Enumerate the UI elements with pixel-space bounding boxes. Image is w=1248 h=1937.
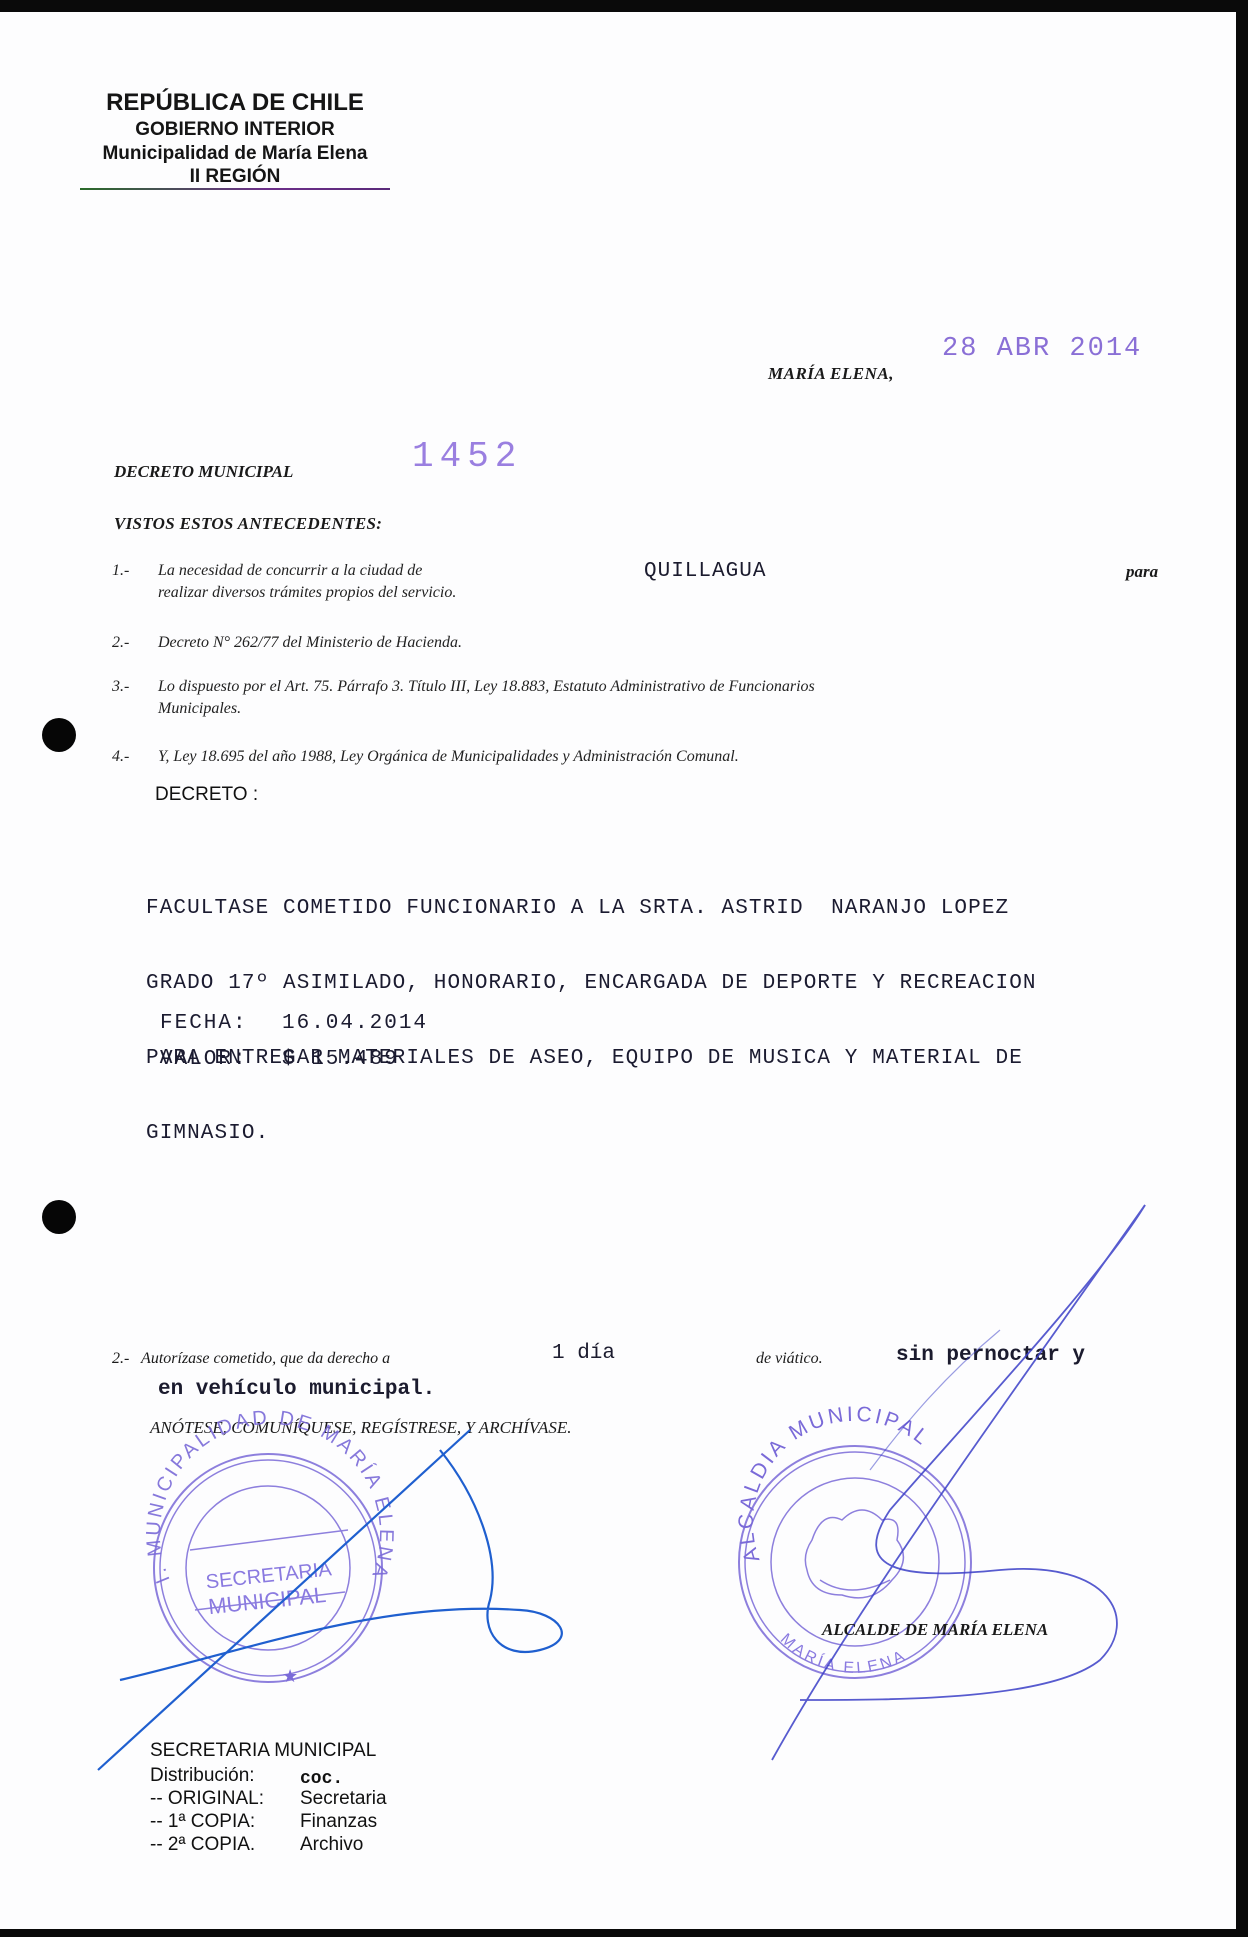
closing-formula: ANÓTESE, COMUNÍQUESE, REGÍSTRESE, Y ARCH… <box>150 1418 572 1438</box>
para-word: para <box>1126 562 1158 582</box>
sin-pernoctar: sin pernoctar y <box>896 1344 1085 1367</box>
typist-initials: coc. <box>300 1768 343 1791</box>
antecedent-text: Decreto N° 262/77 del Ministerio de Haci… <box>158 634 462 652</box>
antecedent-text-cont: Municipales. <box>158 700 241 718</box>
fecha-value: 16.04.2014 <box>282 1012 428 1035</box>
alcalde-title: ALCALDE DE MARÍA ELENA <box>822 1620 1048 1640</box>
valor-label: VALOR: <box>160 1048 248 1071</box>
viatico-days: 1 día <box>552 1342 615 1365</box>
antecedent-text: La necesidad de concurrir a la ciudad de <box>158 562 422 580</box>
scan-border-bottom <box>0 1929 1248 1937</box>
antecedent-text: Y, Ley 18.695 del año 1988, Ley Orgánica… <box>158 748 739 766</box>
letterhead-region: II REGIÓN <box>80 166 390 188</box>
mayor-signature <box>772 1205 1145 1760</box>
seal-inner-text-1: SECRETARIA <box>205 1558 334 1593</box>
antecedent-number: 3.- <box>112 678 129 696</box>
letterhead: REPÚBLICA DE CHILE GOBIERNO INTERIOR Mun… <box>80 88 390 188</box>
body-line: FACULTASE COMETIDO FUNCIONARIO A LA SRTA… <box>146 896 1037 921</box>
antecedent-text: Lo dispuesto por el Art. 75. Párrafo 3. … <box>158 678 815 696</box>
seal-outer-text: ALCALDIA MUNICIPAL <box>735 1403 935 1566</box>
scan-border-top <box>0 0 1248 12</box>
letterhead-municipality: Municipalidad de María Elena <box>80 142 390 166</box>
authorization-text: 2.- Autorízase cometido, que da derecho … <box>112 1350 390 1368</box>
decree-label: DECRETO MUNICIPAL <box>114 462 293 482</box>
date-stamp: 28 ABR 2014 <box>942 334 1142 364</box>
antecedent-text-cont: realizar diversos trámites propios del s… <box>158 584 456 602</box>
valor-value: $ 15.489 <box>282 1048 399 1071</box>
secretaria-title: SECRETARIA MUNICIPAL <box>150 1740 376 1762</box>
decree-number-stamp: 1452 <box>412 436 522 477</box>
vistos-heading: VISTOS ESTOS ANTECEDENTES: <box>114 514 382 534</box>
viatico-label: de viático. <box>756 1350 823 1368</box>
distribution-row: -- ORIGINAL: Secretaria <box>150 1787 387 1810</box>
body-line: PARA ENTREGAR MATERIALES DE ASEO, EQUIPO… <box>146 1046 1037 1071</box>
distribution-key: -- 1ª COPIA: <box>150 1810 300 1833</box>
distribution-value: Archivo <box>300 1833 363 1856</box>
secretaria-seal <box>154 1454 382 1682</box>
punch-hole-mark <box>42 718 76 752</box>
seal-inner-text-2: MUNICIPAL <box>207 1582 327 1619</box>
body-line: GIMNASIO. <box>146 1121 1037 1146</box>
antecedent-number: 2.- <box>112 634 129 652</box>
distribution-header: Distribución: coc. <box>150 1764 387 1787</box>
authorization-phrase: Autorízase cometido, que da derecho a <box>141 1350 390 1367</box>
distribution-row: -- 1ª COPIA: Finanzas <box>150 1810 387 1833</box>
distribution-row: -- 2ª COPIA. Archivo <box>150 1833 387 1856</box>
punch-hole-mark <box>42 1200 76 1234</box>
decreto-heading: DECRETO : <box>155 784 258 806</box>
distribution-key: -- 2ª COPIA. <box>150 1833 300 1856</box>
vehiculo-municipal: en vehículo municipal. <box>158 1378 435 1401</box>
distribution-value: Finanzas <box>300 1810 377 1833</box>
antecedent-number: 1.- <box>112 562 129 580</box>
seal-star-icon: ★ <box>282 1666 298 1686</box>
distribution-list: Distribución: coc. -- ORIGINAL: Secretar… <box>150 1764 387 1856</box>
distribution-key: -- ORIGINAL: <box>150 1787 300 1810</box>
fecha-label: FECHA: <box>160 1012 248 1035</box>
destination-city: QUILLAGUA <box>644 560 766 583</box>
letterhead-government: GOBIERNO INTERIOR <box>80 118 390 142</box>
place-label: MARÍA ELENA, <box>768 364 894 384</box>
antecedent-number: 4.- <box>112 748 129 766</box>
scan-border-right <box>1236 0 1248 1937</box>
body-line: GRADO 17º ASIMILADO, HONORARIO, ENCARGAD… <box>146 971 1037 996</box>
letterhead-country: REPÚBLICA DE CHILE <box>80 88 390 118</box>
secretary-signature <box>98 1430 562 1770</box>
decree-body: FACULTASE COMETIDO FUNCIONARIO A LA SRTA… <box>146 846 1037 1171</box>
alcaldia-seal <box>739 1446 971 1678</box>
distribution-label: Distribución: <box>150 1764 300 1787</box>
letterhead-underline <box>80 188 390 190</box>
authorization-number: 2.- <box>112 1350 129 1367</box>
